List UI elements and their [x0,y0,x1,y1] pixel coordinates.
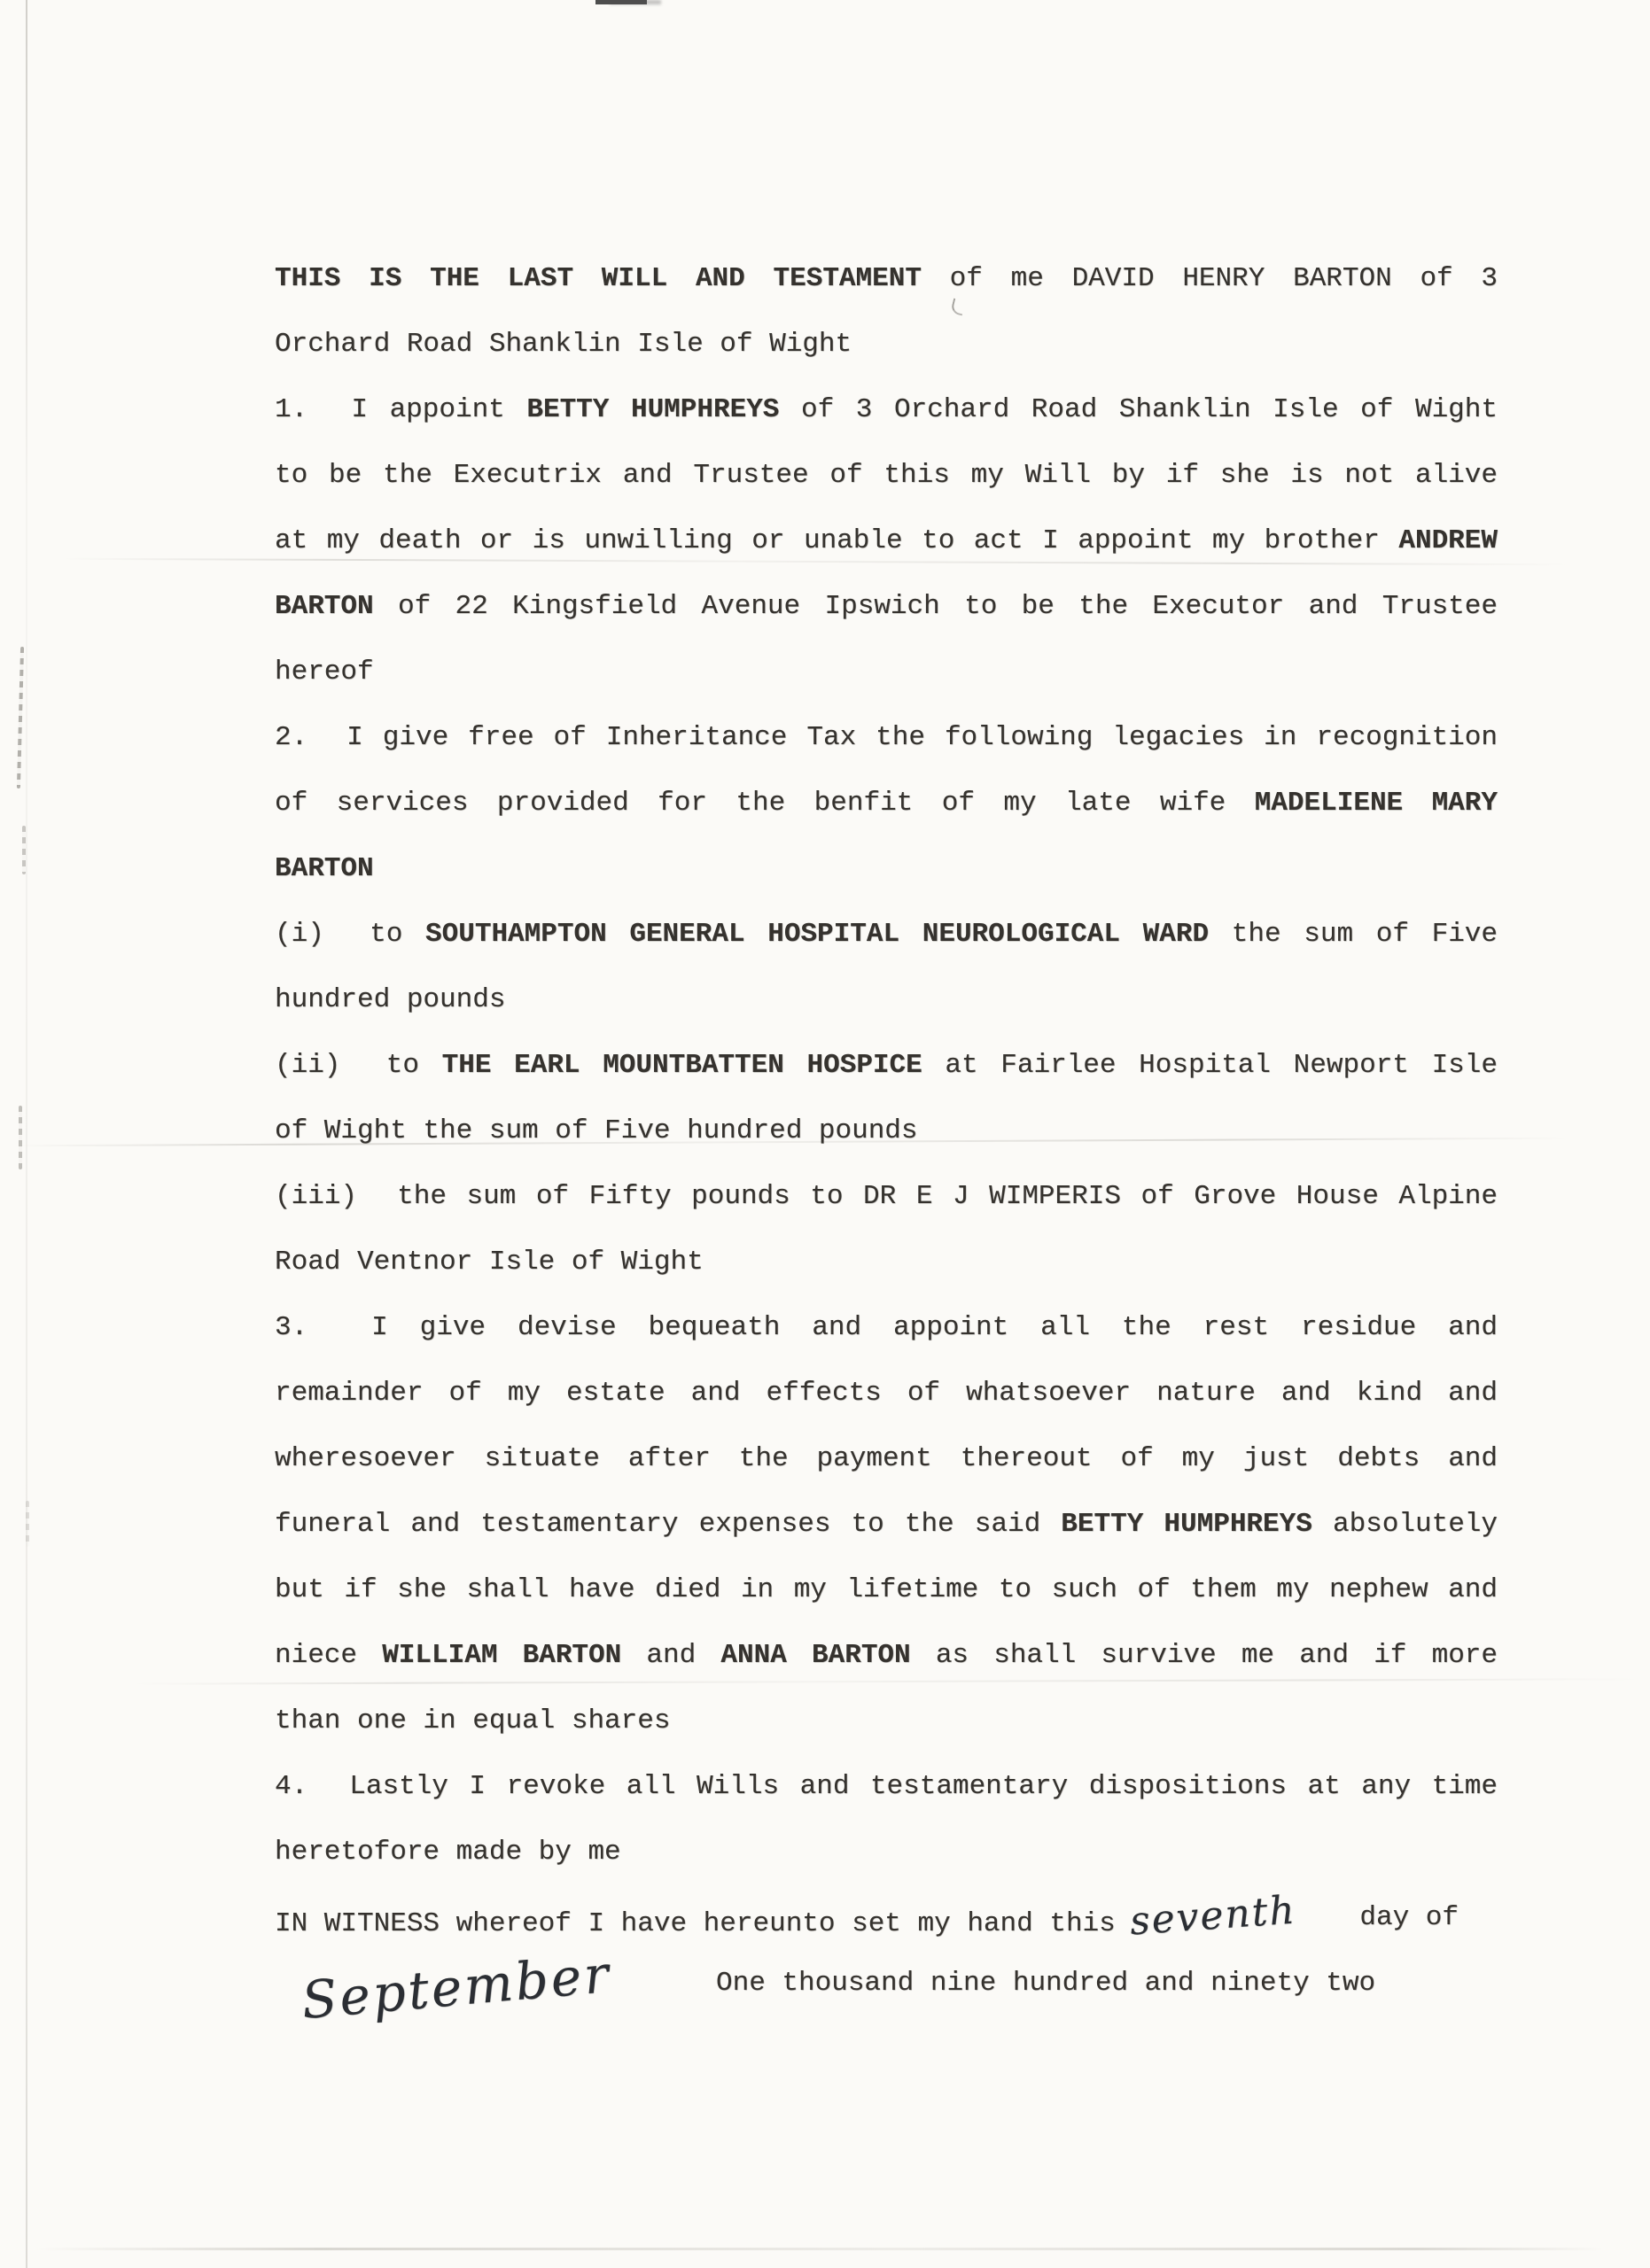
document-line: (ii) to THE EARL MOUNTBATTEN HOSPICE at … [275,1033,1498,1099]
text-segment: 4. Lastly I revoke all Wills and testame… [275,1771,1498,1802]
document-line: (iii) the sum of Fifty pounds to DR E J … [275,1164,1498,1230]
text-segment: of 22 Kingsfield Avenue Ipswich to be th… [374,591,1498,622]
document-line: (i) to SOUTHAMPTON GENERAL HOSPITAL NEUR… [275,902,1498,967]
document-line: THIS IS THE LAST WILL AND TESTAMENT of m… [275,246,1498,312]
text-segment: 1. I appoint [275,394,526,425]
text-segment: to be the Executrix and Trustee of this … [275,460,1498,491]
margin-scratch-mark [17,647,24,788]
text-segment: of me DAVID HENRY BARTON of 3 [922,263,1498,294]
text-segment: Road Ventnor Isle of Wight [275,1247,704,1278]
scan-top-edge-mark [595,0,647,4]
emphasized-name-text: ANNA BARTON [720,1640,910,1671]
witness-typed-suffix: day of [1359,1885,1459,1951]
scanned-will-page: THIS IS THE LAST WILL AND TESTAMENT of m… [0,0,1650,2268]
document-line: to be the Executrix and Trustee of this … [275,443,1498,509]
text-segment: funeral and testamentary expenses to the… [275,1509,1061,1540]
document-line: heretofore made by me [275,1820,1498,1885]
emphasized-name-text: THIS IS THE LAST WILL AND TESTAMENT [275,263,922,294]
text-segment: (i) to [275,919,425,950]
text-segment: wheresoever situate after the payment th… [275,1443,1498,1474]
text-segment: heretofore made by me [275,1837,621,1868]
text-segment: 3. I give devise bequeath and appoint al… [275,1312,1498,1343]
text-segment: at my death or is unwilling or unable to… [275,525,1398,556]
margin-scratch-mark [19,1106,22,1169]
document-line: of Wight the sum of Five hundred pounds [275,1099,1498,1164]
emphasized-name-text: BARTON [275,853,374,884]
emphasized-name-text: WILLIAM BARTON [382,1640,621,1671]
emphasized-name-text: BETTY HUMPHREYS [526,394,779,425]
document-line: Orchard Road Shanklin Isle of Wight [275,312,1498,377]
text-segment: and [621,1640,720,1671]
document-line: hundred pounds [275,967,1498,1033]
document-line: of services provided for the benfit of m… [275,771,1498,836]
document-line: hereof [275,640,1498,705]
document-line: remainder of my estate and effects of wh… [275,1361,1498,1426]
text-segment: absolutely [1312,1509,1498,1540]
text-segment: the sum of Five [1209,919,1498,950]
page-left-edge-shadow [26,0,27,2268]
text-segment: niece [275,1640,382,1671]
document-line: Road Ventnor Isle of Wight [275,1230,1498,1295]
document-line: funeral and testamentary expenses to the… [275,1492,1498,1557]
text-segment: Orchard Road Shanklin Isle of Wight [275,329,852,360]
text-segment: (ii) to [275,1050,442,1081]
document-line: at my death or is unwilling or unable to… [275,509,1498,574]
text-segment: hereof [275,656,374,687]
text-segment: 2. I give free of Inheritance Tax the fo… [275,722,1498,753]
witness-typed-prefix: IN WITNESS whereof I have hereunto set m… [275,1908,1116,1939]
document-line: 2. I give free of Inheritance Tax the fo… [275,705,1498,771]
document-line: 3. I give devise bequeath and appoint al… [275,1295,1498,1361]
document-line: 4. Lastly I revoke all Wills and testame… [275,1754,1498,1820]
witness-clause-line: IN WITNESS whereof I have hereunto set m… [275,1885,1498,1951]
text-segment: remainder of my estate and effects of wh… [275,1378,1498,1409]
text-segment: of services provided for the benfit of m… [275,788,1255,819]
handwritten-month-word: September [299,1941,613,2033]
text-segment: than one in equal shares [275,1705,670,1736]
emphasized-name-text: BETTY HUMPHREYS [1061,1509,1312,1540]
handwritten-day-word: seventh [1127,1878,1298,1955]
emphasized-name-text: BARTON [275,591,374,622]
margin-scratch-mark [26,1501,29,1547]
document-line: BARTON [275,836,1498,902]
document-line: wheresoever situate after the payment th… [275,1426,1498,1492]
text-segment: as shall survive me and if more [911,1640,1498,1671]
document-lines: THIS IS THE LAST WILL AND TESTAMENT of m… [275,246,1498,1885]
page-bottom-edge-shadow [35,2248,1604,2250]
text-segment: hundred pounds [275,984,505,1015]
text-segment: at Fairlee Hospital Newport Isle [922,1050,1498,1081]
date-typed-year: One thousand nine hundred and ninety two [716,1951,1375,2016]
text-segment: but if she shall have died in my lifetim… [275,1574,1498,1605]
text-segment: of 3 Orchard Road Shanklin Isle of Wight [779,394,1498,425]
document-line: than one in equal shares [275,1689,1498,1754]
document-line: 1. I appoint BETTY HUMPHREYS of 3 Orchar… [275,377,1498,443]
emphasized-name-text: THE EARL MOUNTBATTEN HOSPICE [442,1050,922,1081]
document-line: but if she shall have died in my lifetim… [275,1557,1498,1623]
document-line: BARTON of 22 Kingsfield Avenue Ipswich t… [275,574,1498,640]
emphasized-name-text: SOUTHAMPTON GENERAL HOSPITAL NEUROLOGICA… [425,919,1209,950]
emphasized-name-text: ANDREW [1398,525,1498,556]
will-document-text: THIS IS THE LAST WILL AND TESTAMENT of m… [275,246,1498,2016]
document-line: niece WILLIAM BARTON and ANNA BARTON as … [275,1623,1498,1689]
margin-scratch-mark [22,826,26,874]
date-line: September One thousand nine hundred and … [275,1951,1498,2016]
text-segment: of Wight the sum of Five hundred pounds [275,1115,918,1146]
text-segment: (iii) the sum of Fifty pounds to DR E J … [275,1181,1498,1212]
emphasized-name-text: MADELIENE MARY [1255,788,1498,819]
